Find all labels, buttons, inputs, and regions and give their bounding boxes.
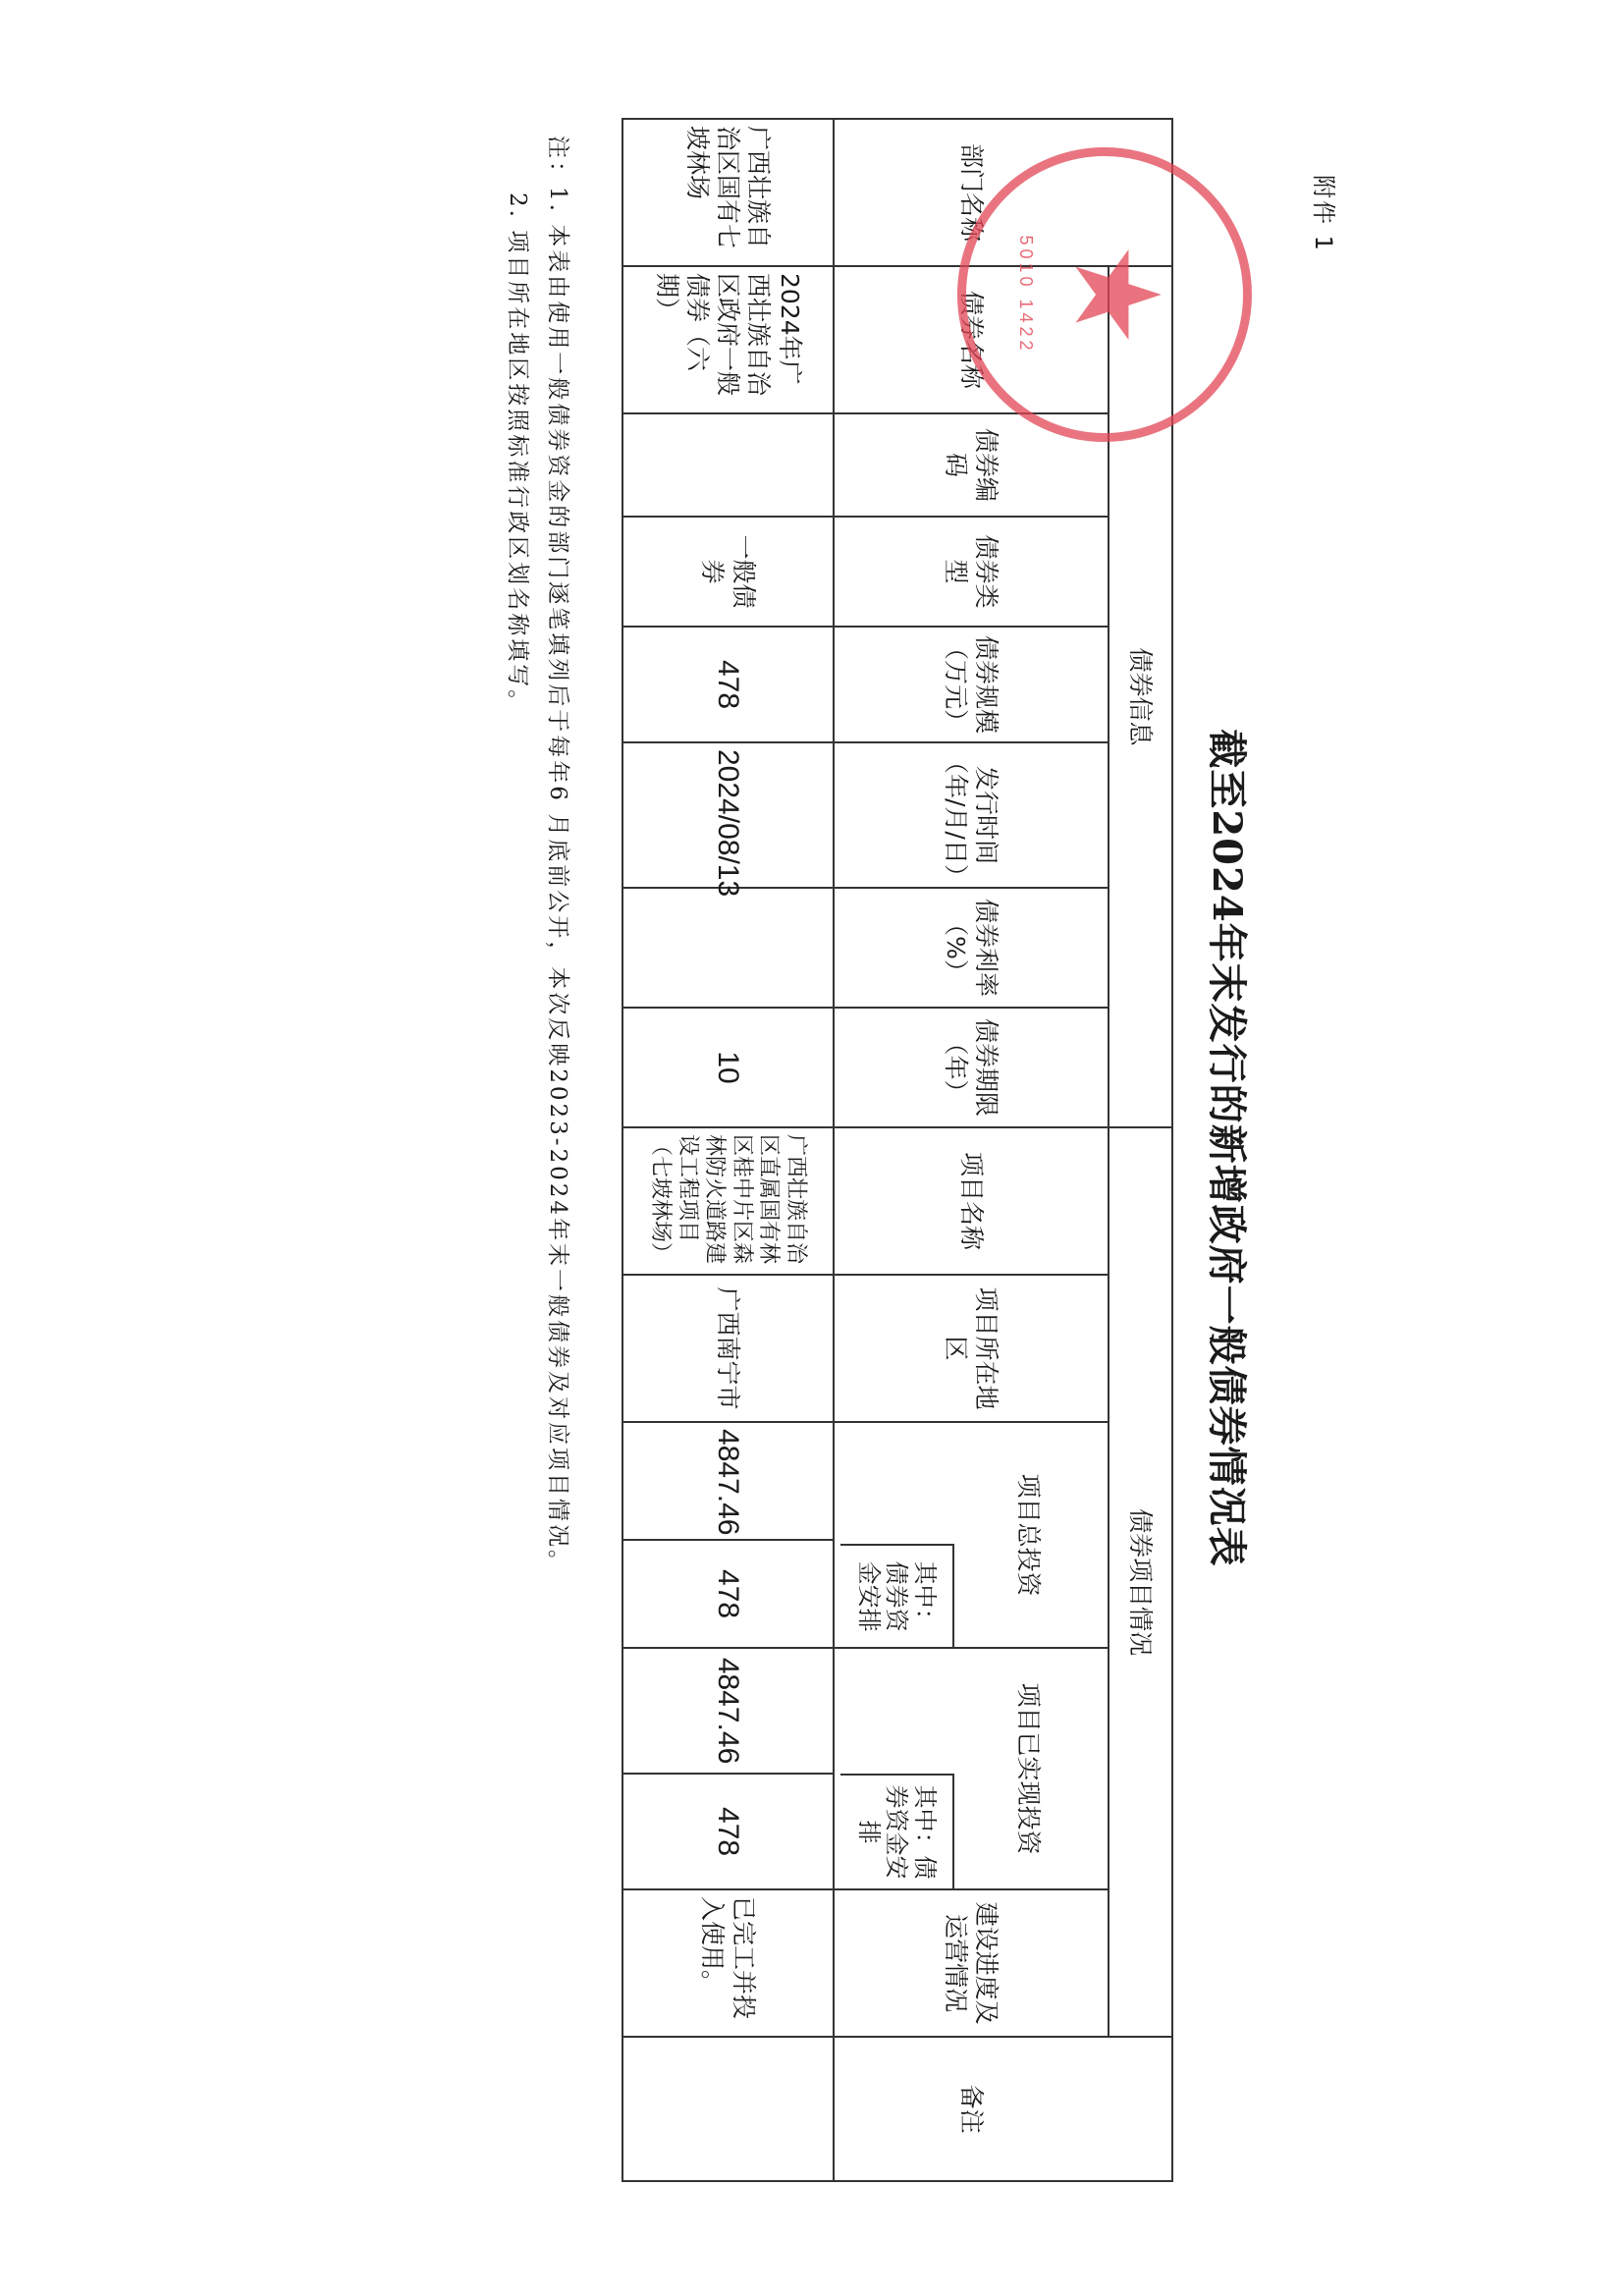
blank-group-cell [1109, 119, 1172, 266]
header-interest-rate: 债券利率（%） [834, 888, 1109, 1008]
header-term: 债券期限（年） [834, 1008, 1109, 1127]
cell-term: 10 [622, 1008, 834, 1127]
group-project-info: 债券项目情况 [1109, 1127, 1172, 2037]
header-issue-date: 发行时间（年/月/日） [834, 742, 1109, 888]
cell-dept-name: 广西壮族自治区国有七坡林场 [622, 119, 834, 266]
header-total-investment-bond: 其中：债券资金安排 [840, 1544, 954, 1647]
header-realized-investment-group: 项目已实现投资 其中：债券资金安排 [834, 1648, 1109, 1889]
cell-project-region: 广西南宁市 [622, 1275, 834, 1422]
table-row: 广西壮族自治区国有七坡林场 2024年广西壮族自治区政府一般债券（六期） 一般债… [622, 119, 834, 2181]
cell-bond-scale: 478 [622, 627, 834, 742]
column-header-row: 部门名称 债券名称 债券编码 债券类型 债券规模（万元） 发行时间（年/月/日）… [834, 119, 1109, 2181]
cell-bond-name: 2024年广西壮族自治区政府一般债券（六期） [622, 266, 834, 413]
cell-bond-type: 一般债券 [622, 517, 834, 627]
cell-issue-date: 2024/08/13 [622, 742, 834, 888]
header-project-name: 项目名称 [834, 1127, 1109, 1275]
header-bond-name: 债券名称 [834, 266, 1109, 413]
header-progress: 建设进度及运营情况 [834, 1889, 1109, 2037]
blank-group-cell [1109, 2037, 1172, 2181]
cell-interest-rate [622, 888, 834, 1008]
header-realized-investment: 项目已实现投资 [954, 1649, 1102, 1888]
note-line-1: 注：1. 本表由使用一般债券资金的部门逐笔填列后于每年6 月底前公开，本次反映2… [537, 136, 577, 1575]
cell-total-investment: 4847.46 [622, 1422, 834, 1540]
group-bond-info: 债券信息 [1109, 266, 1172, 1127]
cell-total-investment-bond: 478 [622, 1540, 834, 1648]
notes: 注：1. 本表由使用一般债券资金的部门逐笔填列后于每年6 月底前公开，本次反映2… [496, 136, 577, 1575]
header-total-investment-group: 项目总投资 其中：债券资金安排 [834, 1422, 1109, 1648]
header-bond-scale: 债券规模（万元） [834, 627, 1109, 742]
note-line-2: 2. 项目所在地区按照标准行政区划名称填写。 [496, 136, 536, 1575]
header-project-region: 项目所在地区 [834, 1275, 1109, 1422]
group-header-row: 债券信息 债券项目情况 [1109, 119, 1172, 2181]
document-page: 附件 1 截至2024年末发行的新增政府一般债券情况表 债券信息 债券项目情况 … [0, 0, 1623, 2296]
header-bond-type: 债券类型 [834, 517, 1109, 627]
cell-remarks [622, 2037, 834, 2181]
header-total-investment: 项目总投资 [954, 1423, 1102, 1647]
cell-realized-investment: 4847.46 [622, 1648, 834, 1774]
cell-realized-investment-bond: 478 [622, 1774, 834, 1889]
header-remarks: 备注 [834, 2037, 1109, 2181]
document-title: 截至2024年末发行的新增政府一般债券情况表 [1202, 0, 1258, 2296]
header-dept-name: 部门名称 [834, 119, 1109, 266]
cell-project-name: 广西壮族自治区直属国有林区桂中片区森林防火道路建设工程项目（七坡林场） [622, 1127, 834, 1275]
cell-progress: 已完工并投入使用。 [622, 1889, 834, 2037]
attachment-label: 附件 1 [1309, 175, 1343, 252]
cell-bond-code [622, 413, 834, 517]
header-realized-investment-bond: 其中：债券资金安排 [840, 1774, 954, 1888]
bond-table: 债券信息 债券项目情况 部门名称 债券名称 债券编码 债券类型 债券规模（万元）… [622, 118, 1173, 2182]
header-bond-code: 债券编码 [834, 413, 1109, 517]
